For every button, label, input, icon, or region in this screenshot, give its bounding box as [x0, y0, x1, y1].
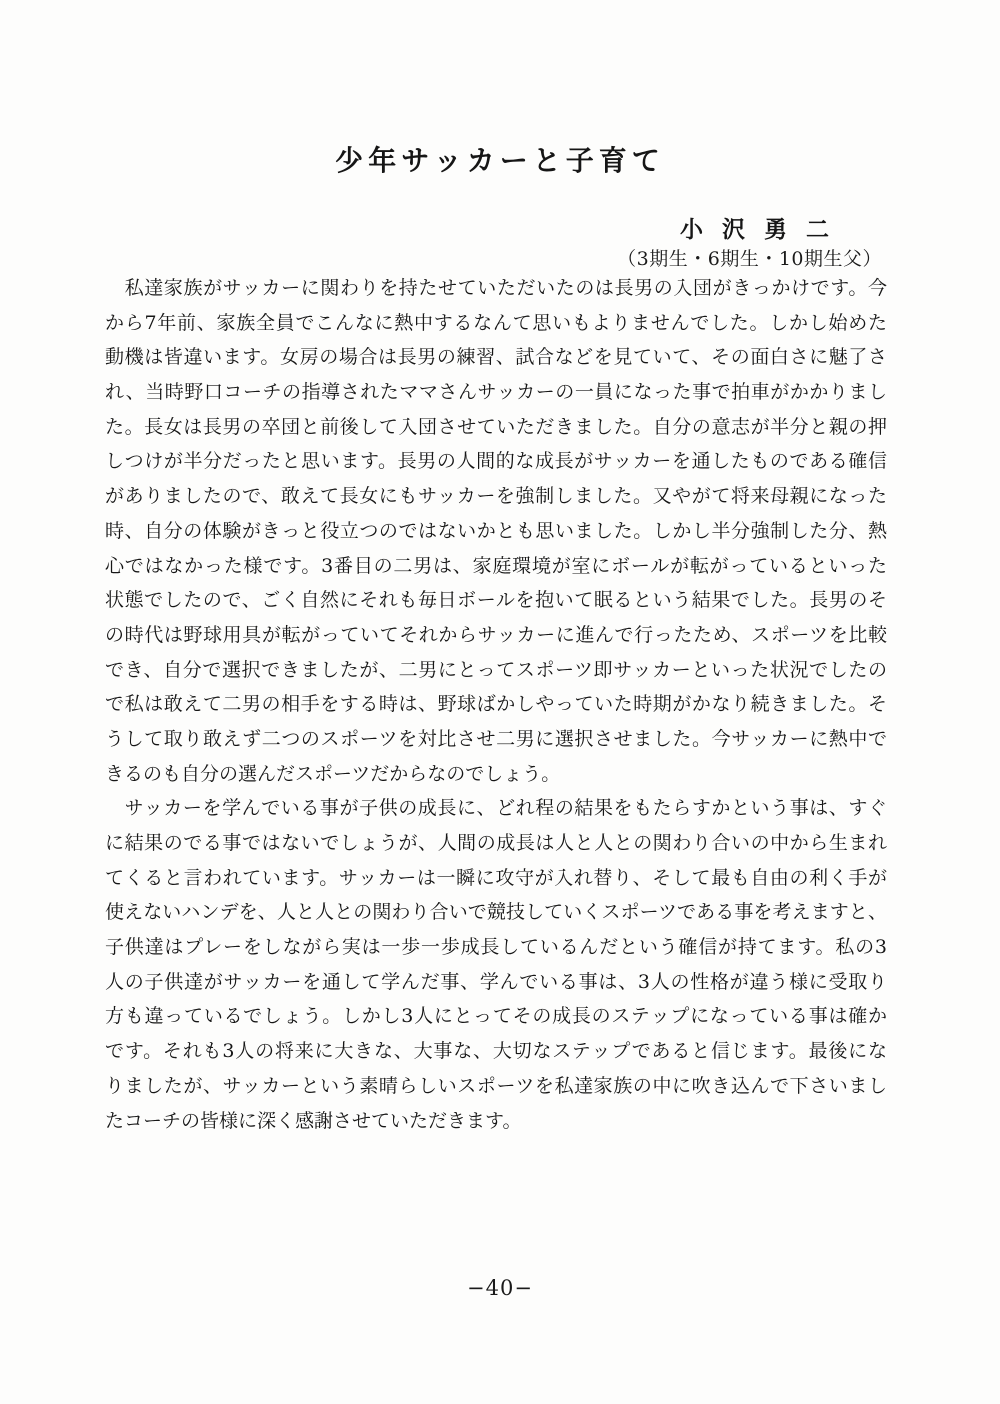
author-affiliation: （3期生・6期生・10期生父） — [617, 244, 882, 271]
text-line: きるのも自分の選んだスポーツだからなのでしょう。 — [105, 757, 887, 792]
text-line: たコーチの皆様に深く感謝させていただきます。 — [105, 1104, 887, 1139]
text-line: てくると言われています。サッカーは一瞬に攻守が入れ替り、そして最も自由の利く手が — [105, 861, 887, 896]
article-body: 私達家族がサッカーに関わりを持たせていただいたのは長男の入団がきっかけです。今か… — [105, 271, 887, 1138]
text-line: 状態でしたので、ごく自然にそれも毎日ボールを抱いて眠るという結果でした。長男のそ — [105, 583, 887, 618]
text-line: サッカーを学んでいる事が子供の成長に、どれ程の結果をもたらすかという事は、すぐ — [105, 791, 887, 826]
text-line: 使えないハンデを、人と人との関わり合いで競技していくスポーツである事を考えますと… — [105, 895, 887, 930]
text-line: に結果のでる事ではないでしょうが、人間の成長は人と人との関わり合いの中から生まれ — [105, 826, 887, 861]
text-line: うして取り敢えず二つのスポーツを対比させ二男に選択させました。今サッカーに熱中で — [105, 722, 887, 757]
text-line: です。それも3人の将来に大きな、大事な、大切なステップであると信じます。最後にな — [105, 1034, 887, 1069]
text-line: 人の子供達がサッカーを通して学んだ事、学んでいる事は、3人の性格が違う様に受取り — [105, 965, 887, 1000]
author-name: 小 沢 勇 二 — [680, 211, 832, 244]
text-line: 子供達はプレーをしながら実は一歩一歩成長しているんだという確信が持てます。私の3 — [105, 930, 887, 965]
page-title: 少年サッカーと子育て — [0, 139, 1000, 179]
text-line: がありましたので、敢えて長女にもサッカーを強制しました。又やがて将来母親になった — [105, 479, 887, 514]
text-line: 時、自分の体験がきっと役立つのではないかとも思いました。しかし半分強制した分、熱 — [105, 514, 887, 549]
text-line: しつけが半分だったと思います。長男の人間的な成長がサッカーを通したものである確信 — [105, 444, 887, 479]
text-line: から7年前、家族全員でこんなに熱中するなんて思いもよりませんでした。しかし始めた — [105, 306, 887, 341]
text-line: で私は敢えて二男の相手をする時は、野球ばかしやっていた時期がかなり続きました。そ — [105, 687, 887, 722]
page-number: −40− — [0, 1276, 1000, 1300]
text-line: 方も違っているでしょう。しかし3人にとってその成長のステップになっている事は確か — [105, 999, 887, 1034]
text-line: 私達家族がサッカーに関わりを持たせていただいたのは長男の入団がきっかけです。今 — [105, 271, 887, 306]
text-line: りましたが、サッカーという素晴らしいスポーツを私達家族の中に吹き込んで下さいまし — [105, 1069, 887, 1104]
document-page: 少年サッカーと子育て 小 沢 勇 二 （3期生・6期生・10期生父） 私達家族が… — [0, 0, 1000, 1404]
text-line: 心ではなかった様です。3番目の二男は、家庭環境が室にボールが転がっているといった — [105, 549, 887, 584]
text-line: 動機は皆違います。女房の場合は長男の練習、試合などを見ていて、その面白さに魅了さ — [105, 340, 887, 375]
text-line: の時代は野球用具が転がっていてそれからサッカーに進んで行ったため、スポーツを比較 — [105, 618, 887, 653]
text-line: れ、当時野口コーチの指導されたママさんサッカーの一員になった事で拍車がかかりまし — [105, 375, 887, 410]
text-line: でき、自分で選択できましたが、二男にとってスポーツ即サッカーといった状況でしたの — [105, 653, 887, 688]
text-line: た。長女は長男の卒団と前後して入団させていただきました。自分の意志が半分と親の押 — [105, 410, 887, 445]
